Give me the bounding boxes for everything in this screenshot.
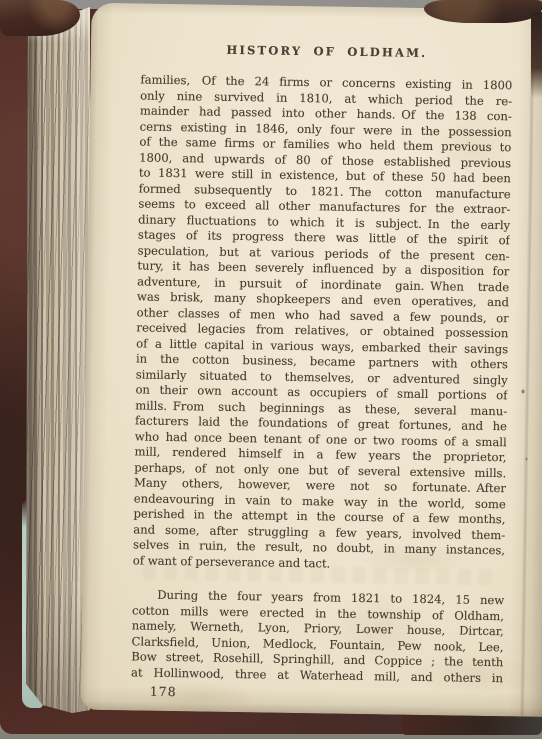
body-text: families, Of the 24 firms or concerns ex… <box>131 72 513 686</box>
page-text: HISTORY OF OLDHAM. families, Of the 24 f… <box>131 41 513 704</box>
paragraph: families, Of the 24 firms or concerns ex… <box>133 72 513 574</box>
page-rotation-wrapper: HISTORY OF OLDHAM. families, Of the 24 f… <box>0 0 542 739</box>
ink-speck <box>522 389 525 393</box>
ink-speck <box>525 458 527 461</box>
book-cover-corner-topright <box>424 0 542 23</box>
book-photo: HISTORY OF OLDHAM. families, Of the 24 f… <box>0 0 542 739</box>
book-cover-right-edge <box>531 12 542 98</box>
paragraph: During the four years from 1821 to 1824,… <box>131 587 504 686</box>
